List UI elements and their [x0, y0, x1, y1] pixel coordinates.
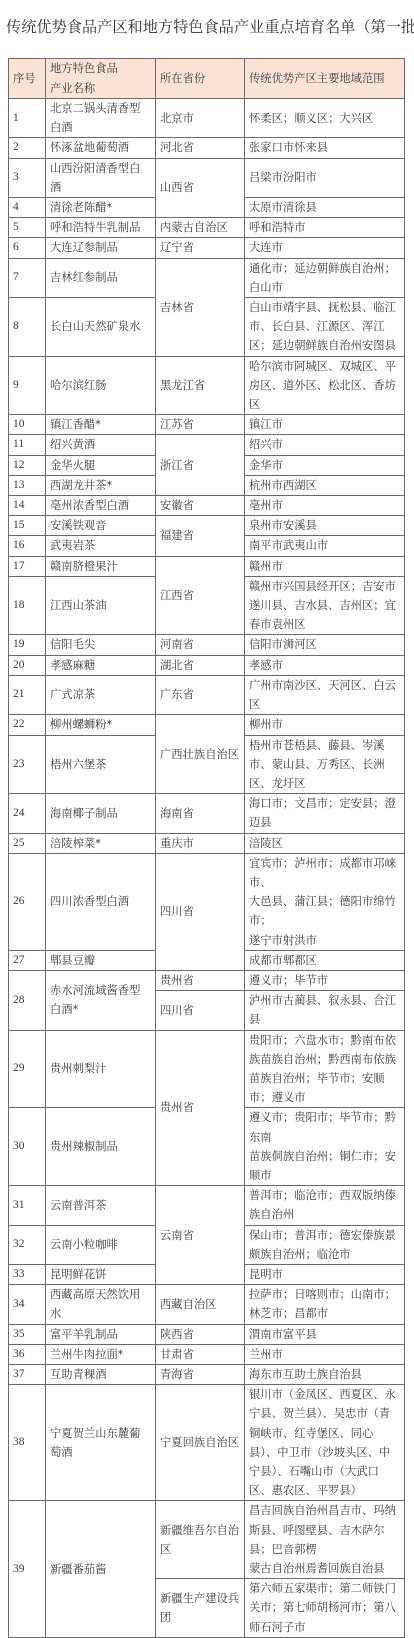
industry-name: 北京二锅头清香型白酒: [46, 99, 156, 138]
row-number: 22: [9, 715, 46, 735]
industry-name: 亳州浓香型白酒: [46, 496, 156, 516]
table-row: 22 柳州螺蛳粉* 广西壮族自治区 柳州市: [9, 715, 405, 735]
region: 昆明市: [245, 1264, 405, 1284]
region: 兰州市: [245, 1344, 405, 1364]
industry-name: 郫县豆瓣: [46, 950, 156, 970]
region: 镇江市: [245, 415, 405, 435]
table-row: 34 西藏高原天然饮用水 西藏自治区 拉萨市；日喀则市；山南市；林芝市；昌都市: [9, 1285, 405, 1324]
industry-name: 清徐老陈醋*: [46, 198, 156, 218]
region: 赣州市兴国县经开区；吉安市遂川县、吉水县、吉州区；宜春市袁州区: [245, 576, 405, 635]
region: 泉州市安溪县: [245, 516, 405, 536]
table-row: 28 赤水河流域酱香型白酒* 贵州省 遵义市；毕节市: [9, 970, 405, 990]
province: 青海省: [156, 1365, 245, 1385]
province: 云南省: [156, 1186, 245, 1285]
industry-name: 昆明鲜花饼: [46, 1264, 156, 1284]
row-number: 36: [9, 1344, 46, 1364]
table-row: 29 贵州刺梨汁 贵州省 贵阳市；六盘水市；黔南布依族苗族自治州；黔西南布依族苗…: [9, 1030, 405, 1108]
region: 拉萨市；日喀则市；山南市；林芝市；昌都市: [245, 1285, 405, 1324]
industry-name: 大连辽参制品: [46, 238, 156, 258]
table-row: 3 山西汾阳清香型白酒 山西省 吕梁市汾阳市: [9, 158, 405, 197]
table-row: 24 海南椰子制品 海南省 海口市；文昌市；定安县；澄迈县: [9, 794, 405, 833]
province: 广东省: [156, 675, 245, 714]
row-number: 15: [9, 516, 46, 536]
region: 遵义市；贵阳市；毕节市；黔东南 苗族侗族自治州；铜仁市；安顺市: [245, 1108, 405, 1186]
province: 甘肃省: [156, 1344, 245, 1364]
table-row: 20 孝感麻糖 湖北省 孝感市: [9, 655, 405, 675]
table-row: 15 安溪铁观音 福建省 泉州市安溪县: [9, 516, 405, 536]
industry-name: 互助青稞酒: [46, 1365, 156, 1385]
province: 浙江省: [156, 435, 245, 496]
industry-name: 四川浓香型白酒: [46, 853, 156, 950]
table-row: 19 信阳毛尖 河南省 信阳市浉河区: [9, 635, 405, 655]
province: 北京市: [156, 99, 245, 138]
region: 孝感市: [245, 655, 405, 675]
industry-name: 呼和浩特牛乳制品: [46, 218, 156, 238]
header-region: 传统优势产区主要地域范围: [245, 59, 405, 99]
table-row: 7 吉林红参制品 吉林省 通化市；延边朝鲜族自治州；白山市: [9, 258, 405, 297]
province: 陕西省: [156, 1324, 245, 1344]
row-number: 11: [9, 435, 46, 455]
region: 金华市: [245, 455, 405, 475]
industry-name: 金华火腿: [46, 455, 156, 475]
row-number: 6: [9, 238, 46, 258]
industry-name: 长白山天然矿泉水: [46, 298, 156, 357]
row-number: 18: [9, 576, 46, 635]
industry-name: 柳州螺蛳粉*: [46, 715, 156, 735]
region: 大连市: [245, 238, 405, 258]
row-number: 3: [9, 158, 46, 197]
page-title: 传统优势食品产区和地方特色食品产业重点培育名单（第一批）: [6, 16, 414, 37]
industry-name: 赤水河流域酱香型白酒*: [46, 970, 156, 1030]
industry-name: 安溪铁观音: [46, 516, 156, 536]
row-number: 31: [9, 1186, 46, 1225]
row-number: 4: [9, 198, 46, 218]
region: 渭南市富平县: [245, 1324, 405, 1344]
row-number: 5: [9, 218, 46, 238]
province: 贵州省: [156, 1030, 245, 1186]
region: 白山市靖宇县、抚松县、临江市、长白县、江源区、浑江区；延边朝鲜族自治州安图县: [245, 298, 405, 357]
region: 通化市；延边朝鲜族自治州；白山市: [245, 258, 405, 297]
industry-name: 武夷岩茶: [46, 536, 156, 556]
header-serial: 序号: [9, 59, 46, 99]
row-number: 7: [9, 258, 46, 297]
industry-name: 山西汾阳清香型白酒: [46, 158, 156, 197]
industry-name: 涪陵榨菜*: [46, 833, 156, 853]
row-number: 20: [9, 655, 46, 675]
table-row: 1 北京二锅头清香型白酒 北京市 怀柔区；顺义区；大兴区: [9, 99, 405, 138]
province: 四川省: [156, 991, 245, 1030]
province: 山西省: [156, 158, 245, 218]
province: 黑龙江省: [156, 356, 245, 415]
province: 西藏自治区: [156, 1285, 245, 1324]
region: 绍兴市: [245, 435, 405, 455]
row-number: 16: [9, 536, 46, 556]
province: 海南省: [156, 794, 245, 833]
industry-name: 西藏高原天然饮用水: [46, 1285, 156, 1324]
row-number: 17: [9, 556, 46, 576]
province: 宁夏回族自治区: [156, 1385, 245, 1501]
industry-name: 富平羊乳制品: [46, 1324, 156, 1344]
region: 赣州市: [245, 556, 405, 576]
header-industry-name: 地方特色食品 产业名称: [46, 59, 156, 99]
row-number: 8: [9, 298, 46, 357]
province: 广西壮族自治区: [156, 715, 245, 794]
table-row: 17 赣南脐橙果汁 江西省 赣州市: [9, 556, 405, 576]
table-row: 2 怀涿盆地葡萄酒 河北省 张家口市怀来县: [9, 138, 405, 158]
region: 海东市互助土族自治县: [245, 1365, 405, 1385]
industry-name: 海南椰子制品: [46, 794, 156, 833]
industry-name: 贵州刺梨汁: [46, 1030, 156, 1108]
table-row: 25 涪陵榨菜* 重庆市 涪陵区: [9, 833, 405, 853]
table-row: 39 新疆番茄酱 新疆维吾尔自治区 昌吉回族自治州昌吉市、玛纳斯县、呼图壁县、吉…: [9, 1501, 405, 1579]
region: 普洱市；临沧市；西双版纳傣族自治州: [245, 1186, 405, 1225]
industry-name: 兰州牛肉拉面*: [46, 1344, 156, 1364]
province: 贵州省: [156, 970, 245, 990]
region: 吕梁市汾阳市: [245, 158, 405, 197]
province: 重庆市: [156, 833, 245, 853]
industry-name: 绍兴黄酒: [46, 435, 156, 455]
table-row: 26 四川浓香型白酒 四川省 宜宾市；泸州市；成都市邛崃市、 大邑县、蒲江县；德…: [9, 853, 405, 950]
table-row: 5 呼和浩特牛乳制品 内蒙古自治区 呼和浩特市: [9, 218, 405, 238]
row-number: 10: [9, 415, 46, 435]
row-number: 33: [9, 1264, 46, 1284]
table-row: 38 宁夏贺兰山东麓葡萄酒 宁夏回族自治区 银川市（金凤区、西夏区、永宁县、贺兰…: [9, 1385, 405, 1501]
province: 安徽省: [156, 496, 245, 516]
province: 吉林省: [156, 258, 245, 356]
row-number: 13: [9, 475, 46, 495]
province: 河北省: [156, 138, 245, 158]
region: 昌吉回族自治州昌吉市、玛纳斯县、呼图壁县、吉木萨尔县；巴音郭楞 蒙古自治州焉耆回…: [245, 1501, 405, 1579]
industry-name: 广式凉茶: [46, 675, 156, 714]
row-number: 37: [9, 1365, 46, 1385]
province: 四川省: [156, 853, 245, 970]
table-row: 36 兰州牛肉拉面* 甘肃省 兰州市: [9, 1344, 405, 1364]
region: 宜宾市；泸州市；成都市邛崃市、 大邑县、蒲江县；德阳市绵竹市； 遂宁市射洪市: [245, 853, 405, 950]
industry-name: 镇江香醋*: [46, 415, 156, 435]
industry-name: 怀涿盆地葡萄酒: [46, 138, 156, 158]
row-number: 26: [9, 853, 46, 950]
industry-name: 宁夏贺兰山东麓葡萄酒: [46, 1385, 156, 1501]
row-number: 38: [9, 1385, 46, 1501]
row-number: 30: [9, 1108, 46, 1186]
table-row: 6 大连辽参制品 辽宁省 大连市: [9, 238, 405, 258]
table-row: 37 互助青稞酒 青海省 海东市互助土族自治县: [9, 1365, 405, 1385]
row-number: 12: [9, 455, 46, 475]
table-row: 9 哈尔滨红肠 黑龙江省 哈尔滨市阿城区、双城区、平房区、道外区、松北区、香坊区: [9, 356, 405, 415]
row-number: 28: [9, 970, 46, 1030]
table-header-row: 序号 地方特色食品 产业名称 所在省份 传统优势产区主要地域范围: [9, 59, 405, 99]
region: 太原市清徐县: [245, 198, 405, 218]
row-number: 24: [9, 794, 46, 833]
industry-name: 云南普洱茶: [46, 1186, 156, 1225]
industry-name: 赣南脐橙果汁: [46, 556, 156, 576]
row-number: 35: [9, 1324, 46, 1344]
table-row: 21 广式凉茶 广东省 广州市南沙区、天河区、白云区: [9, 675, 405, 714]
region: 成都市郫都区: [245, 950, 405, 970]
industry-name: 新疆番茄酱: [46, 1501, 156, 1600]
table-row: 11 绍兴黄酒 浙江省 绍兴市: [9, 435, 405, 455]
region: 哈尔滨市阿城区、双城区、平房区、道外区、松北区、香坊区: [245, 356, 405, 415]
region: 广州市南沙区、天河区、白云区: [245, 675, 405, 714]
region: 保山市；普洱市；德宏傣族景颇族自治州；临沧市: [245, 1225, 405, 1264]
region: 第六师五家渠市；第二师铁门关市；第七师胡杨河市；第八师石河子市: [245, 1579, 405, 1600]
table-row: 31 云南普洱茶 云南省 普洱市；临沧市；西双版纳傣族自治州: [9, 1186, 405, 1225]
province: 辽宁省: [156, 238, 245, 258]
row-number: 21: [9, 675, 46, 714]
region: 张家口市怀来县: [245, 138, 405, 158]
row-number: 29: [9, 1030, 46, 1108]
table-row: 14 亳州浓香型白酒 安徽省 亳州市: [9, 496, 405, 516]
region: 梧州市苍梧县、藤县、岑溪市、蒙山县、万秀区、长洲区、龙圩区: [245, 735, 405, 794]
row-number: 23: [9, 735, 46, 794]
province: 内蒙古自治区: [156, 218, 245, 238]
province: 江苏省: [156, 415, 245, 435]
food-industry-table: 序号 地方特色食品 产业名称 所在省份 传统优势产区主要地域范围 1 北京二锅头…: [8, 58, 405, 1600]
industry-name: 贵州辣椒制品: [46, 1108, 156, 1186]
industry-name: 西湖龙井茶*: [46, 475, 156, 495]
region: 涪陵区: [245, 833, 405, 853]
industry-name: 吉林红参制品: [46, 258, 156, 297]
industry-name: 孝感麻糖: [46, 655, 156, 675]
region: 柳州市: [245, 715, 405, 735]
province: 河南省: [156, 635, 245, 655]
industry-name: 云南小粒咖啡: [46, 1225, 156, 1264]
province: 新疆生产建设兵团: [156, 1579, 245, 1600]
region: 海口市；文昌市；定安县；澄迈县: [245, 794, 405, 833]
row-number: 25: [9, 833, 46, 853]
header-province: 所在省份: [156, 59, 245, 99]
region: 杭州市西湖区: [245, 475, 405, 495]
row-number: 1: [9, 99, 46, 138]
industry-name: 梧州六堡茶: [46, 735, 156, 794]
region: 亳州市: [245, 496, 405, 516]
row-number: 19: [9, 635, 46, 655]
province: 江西省: [156, 556, 245, 635]
industry-name: 哈尔滨红肠: [46, 356, 156, 415]
row-number: 32: [9, 1225, 46, 1264]
province: 新疆维吾尔自治区: [156, 1501, 245, 1579]
region: 呼和浩特市: [245, 218, 405, 238]
industry-name: 江西山茶油: [46, 576, 156, 635]
row-number: 34: [9, 1285, 46, 1324]
region: 遵义市；毕节市: [245, 970, 405, 990]
region: 南平市武夷山市: [245, 536, 405, 556]
table-row: 35 富平羊乳制品 陕西省 渭南市富平县: [9, 1324, 405, 1344]
region: 贵阳市；六盘水市；黔南布依族苗族自治州；黔西南布依族苗族自治州；毕节市；安顺市；…: [245, 1030, 405, 1108]
region: 怀柔区；顺义区；大兴区: [245, 99, 405, 138]
row-number: 9: [9, 356, 46, 415]
row-number: 39: [9, 1501, 46, 1600]
industry-name: 信阳毛尖: [46, 635, 156, 655]
row-number: 14: [9, 496, 46, 516]
region: 信阳市浉河区: [245, 635, 405, 655]
row-number: 2: [9, 138, 46, 158]
row-number: 27: [9, 950, 46, 970]
table-row: 10 镇江香醋* 江苏省 镇江市: [9, 415, 405, 435]
province: 湖北省: [156, 655, 245, 675]
province: 福建省: [156, 516, 245, 556]
region: 泸州市古蔺县、叙永县、合江县: [245, 991, 405, 1030]
region: 银川市（金凤区、西夏区、永宁县、贺兰县）、吴忠市（青铜峡市、红寺堡区、同心县）、…: [245, 1385, 405, 1501]
